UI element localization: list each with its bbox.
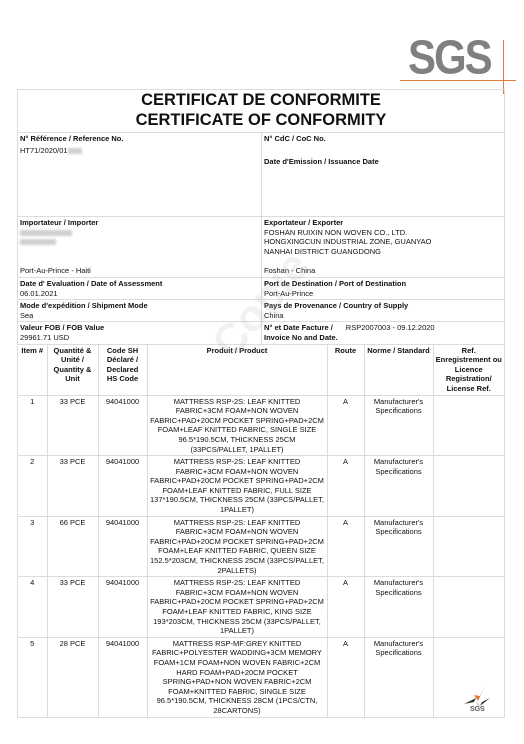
supply-label: Pays de Provenance / Country of Supply — [264, 301, 502, 311]
cell-license-ref — [433, 577, 504, 638]
cell-item: 2 — [18, 456, 47, 517]
cell-route: A — [327, 456, 364, 517]
reference-cell: N° Référence / Reference No. HT71/2020/0… — [18, 133, 262, 216]
sgs-logo-text: SGS — [408, 30, 491, 85]
table-header-row: Item # Quantité & Unité / Quantity & Uni… — [18, 344, 504, 395]
title-english: CERTIFICATE OF CONFORMITY — [18, 110, 504, 130]
footer-sgs-text: SGS — [470, 706, 485, 713]
cell-hs-code: 94041000 — [98, 577, 147, 638]
cell-product: MATTRESS RSP-2S: LEAF KNITTED FABRIC+3CM… — [147, 577, 327, 638]
coc-label: N° CdC / CoC No. — [264, 134, 502, 144]
issuance-label: Date d'Emission / Issuance Date — [264, 157, 502, 167]
cell-standard: Manufacturer's Specifications — [364, 637, 433, 716]
table-row: 3 66 PCE 94041000 MATTRESS RSP-2S: LEAF … — [18, 516, 504, 577]
cell-standard: Manufacturer's Specifications — [364, 456, 433, 517]
shipment-value: Sea — [20, 311, 259, 321]
cell-product: MATTRESS RSP-2S: LEAF KNITTED FABRIC+3CM… — [147, 395, 327, 456]
cell-standard: Manufacturer's Specifications — [364, 577, 433, 638]
shipment-label: Mode d'expédition / Shipment Mode — [20, 301, 259, 311]
cell-product: MATTRESS RSP-2S: LEAF KNITTED FABRIC+3CM… — [147, 516, 327, 577]
table-row: 4 33 PCE 94041000 MATTRESS RSP-2S: LEAF … — [18, 577, 504, 638]
cell-quantity: 66 PCE — [47, 516, 98, 577]
invoice-label-french: N° et Date Facture / — [264, 323, 338, 333]
destination-value: Port-Au-Prince — [264, 289, 502, 299]
cell-item: 1 — [18, 395, 47, 456]
table-row: 2 33 PCE 94041000 MATTRESS RSP-2S: LEAF … — [18, 456, 504, 517]
certificate-document: CERTIFICAT DE CONFORMITE CERTIFICATE OF … — [17, 89, 505, 718]
cell-hs-code: 94041000 — [98, 456, 147, 517]
cell-item: 5 — [18, 637, 47, 716]
assessment-cell: Date d' Evaluation / Date of Assessment … — [18, 278, 262, 299]
exporter-label: Exportateur / Exporter — [264, 218, 502, 228]
cell-quantity: 33 PCE — [47, 395, 98, 456]
cell-route: A — [327, 577, 364, 638]
cell-quantity: 33 PCE — [47, 456, 98, 517]
cell-standard: Manufacturer's Specifications — [364, 516, 433, 577]
cell-hs-code: 94041000 — [98, 395, 147, 456]
destination-label: Port de Destination / Port of Destinatio… — [264, 279, 502, 289]
footer-sgs-logo: SGS — [450, 682, 520, 722]
cell-quantity: 28 PCE — [47, 637, 98, 716]
exporter-location: Foshan - China — [264, 266, 315, 276]
exporter-cell: Exportateur / Exporter FOSHAN RUIXIN NON… — [262, 217, 504, 277]
invoice-cell: N° et Date Facture / Invoice No and Date… — [262, 322, 504, 343]
destination-cell: Port de Destination / Port of Destinatio… — [262, 278, 504, 299]
redacted-importer-name — [20, 230, 72, 236]
table-row: 1 33 PCE 94041000 MATTRESS RSP-2S: LEAF … — [18, 395, 504, 456]
cell-license-ref — [433, 395, 504, 456]
exporter-line-1: FOSHAN RUIXIN NON WOVEN CO., LTD. — [264, 228, 502, 238]
exporter-line-2: HONGXINGCUN INDUSTRIAL ZONE, GUANYAO — [264, 237, 502, 247]
header-product: Produit / Product — [147, 344, 327, 395]
logo-horizontal-line — [400, 80, 516, 81]
certificate-title: CERTIFICAT DE CONFORMITE CERTIFICATE OF … — [18, 90, 504, 132]
header-quantity: Quantité & Unité / Quantity & Unit — [47, 344, 98, 395]
redacted-importer-address — [20, 239, 56, 245]
invoice-value: RSP2007003 - 09.12.2020 — [346, 323, 435, 342]
shipment-cell: Mode d'expédition / Shipment Mode Sea — [18, 300, 262, 321]
reference-value: HT71/2020/01 — [20, 146, 68, 155]
cell-hs-code: 94041000 — [98, 637, 147, 716]
cell-item: 4 — [18, 577, 47, 638]
cell-license-ref — [433, 516, 504, 577]
header-standard: Norme / Standard — [364, 344, 433, 395]
fob-value: 29961.71 USD — [20, 333, 259, 343]
table-row: 5 28 PCE 94041000 MATTRESS RSP-MF:GREY K… — [18, 637, 504, 716]
supply-cell: Pays de Provenance / Country of Supply C… — [262, 300, 504, 321]
cell-item: 3 — [18, 516, 47, 577]
items-table: Item # Quantité & Unité / Quantity & Uni… — [18, 344, 504, 717]
fob-label: Valeur FOB / FOB Value — [20, 323, 259, 333]
cell-route: A — [327, 395, 364, 456]
cell-product: MATTRESS RSP-2S: LEAF KNITTED FABRIC+3CM… — [147, 456, 327, 517]
cell-route: A — [327, 637, 364, 716]
assessment-value: 06.01.2021 — [20, 289, 259, 299]
cell-quantity: 33 PCE — [47, 577, 98, 638]
header-item: Item # — [18, 344, 47, 395]
logo-vertical-line — [503, 40, 504, 94]
coc-cell: N° CdC / CoC No. Date d'Emission / Issua… — [262, 133, 504, 216]
cell-route: A — [327, 516, 364, 577]
cell-product: MATTRESS RSP-MF:GREY KNITTED FABRIC+POLY… — [147, 637, 327, 716]
importer-label: Importateur / Importer — [20, 218, 259, 228]
cell-license-ref — [433, 456, 504, 517]
fob-cell: Valeur FOB / FOB Value 29961.71 USD — [18, 322, 262, 343]
check-cross-icon — [450, 682, 520, 722]
cell-standard: Manufacturer's Specifications — [364, 395, 433, 456]
importer-cell: Importateur / Importer Port-Au-Prince - … — [18, 217, 262, 277]
sgs-logo: SGS — [400, 36, 510, 76]
header-route: Route — [327, 344, 364, 395]
assessment-label: Date d' Evaluation / Date of Assessment — [20, 279, 259, 289]
cell-hs-code: 94041000 — [98, 516, 147, 577]
header-hs-code: Code SH Déclaré / Declared HS Code — [98, 344, 147, 395]
redacted-block — [68, 148, 82, 154]
importer-location: Port-Au-Prince - Haiti — [20, 266, 91, 276]
reference-label: N° Référence / Reference No. — [20, 134, 259, 144]
invoice-label-english: Invoice No and Date. — [264, 333, 338, 343]
supply-value: China — [264, 311, 502, 321]
exporter-line-3: NANHAI DISTRICT GUANGDONG — [264, 247, 502, 257]
title-french: CERTIFICAT DE CONFORMITE — [18, 90, 504, 110]
header-license-ref: Ref. Enregistrement ou Licence Registrat… — [433, 344, 504, 395]
